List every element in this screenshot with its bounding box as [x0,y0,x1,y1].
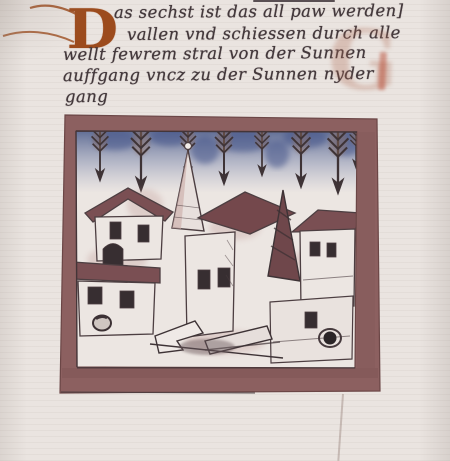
text-line-5: gang [65,88,108,106]
bleedthrough-initial: G [327,19,400,103]
illustration-miniature [55,110,385,400]
house-right [292,210,360,309]
manuscript-page: D as sechst ist das all paw werden] vall… [0,0,450,461]
ruling-line-vertical [337,394,344,461]
stone [93,316,111,331]
wall-fragment [270,296,353,363]
text-line-3: wellt fewrem stral von der Sunnen [63,44,367,64]
